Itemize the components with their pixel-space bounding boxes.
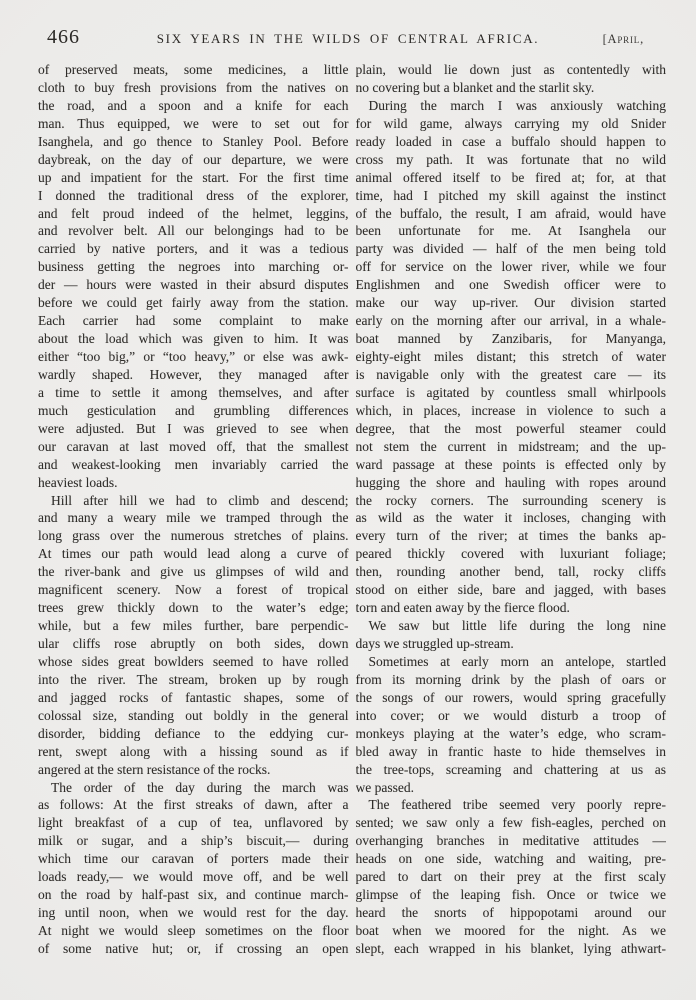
text-line: of preserved meats, some medicines, a li… (38, 61, 349, 79)
book-page: 466 SIX YEARS IN THE WILDS OF CENTRAL AF… (0, 0, 696, 1000)
text-line: the tree-tops, screaming and chattering … (356, 761, 667, 779)
text-line: At times our path would lead along a cur… (38, 545, 349, 563)
text-line: boat when we moored for the night. As we (356, 922, 667, 940)
text-line: heads on one side, watching and waiting,… (356, 850, 667, 868)
text-line: animal offered itself to be fired at; fo… (356, 169, 667, 187)
text-line: and weakest-looking men invariably carri… (38, 456, 349, 474)
text-line: and many a weary mile we tramped through… (38, 509, 349, 527)
text-line: ular cliffs rose abruptly on both sides,… (38, 635, 349, 653)
text-line: magnificent scenery. Now a forest of tro… (38, 581, 349, 599)
text-line: bled away in frantic haste to hide thems… (356, 743, 667, 761)
text-line: which, in places, increase in violence t… (356, 402, 667, 420)
text-line: our caravan at last moved off, that the … (38, 438, 349, 456)
text-line: light breakfast of a cup of tea, unflavo… (38, 814, 349, 832)
text-line: the river-bank and give us glimpses of w… (38, 563, 349, 581)
text-line: pared to dart on their prey at the first… (356, 868, 667, 886)
text-line: of some native hut; or, if crossing an o… (38, 940, 349, 958)
text-line: whose sides great bowlders seemed to hav… (38, 653, 349, 671)
text-line: milk or sugar, and a ship’s biscuit,— du… (38, 832, 349, 850)
text-line: The feathered tribe seemed very poorly r… (356, 796, 667, 814)
text-line: we passed. (356, 779, 667, 797)
text-columns: of preserved meats, some medicines, a li… (38, 61, 666, 958)
text-line: then, rounding another bend, tall, rocky… (356, 563, 667, 581)
text-line: torn and eaten away by the fierce flood. (356, 599, 667, 617)
text-line: long grass over the numerous stretches o… (38, 527, 349, 545)
text-line: loads ready,— we would move off, and be … (38, 868, 349, 886)
text-line: no covering but a blanket and the starli… (356, 79, 667, 97)
text-line: while, but a few miles further, bare per… (38, 617, 349, 635)
text-line: daybreak, on the day of our departure, w… (38, 151, 349, 169)
text-line: ward passage at these points is effected… (356, 456, 667, 474)
text-line: which time our caravan of porters made t… (38, 850, 349, 868)
text-line: time, had I pitched my skill against the… (356, 187, 667, 205)
text-line: plain, would lie down just as contentedl… (356, 61, 667, 79)
text-line: sented; we saw only a few fish-eagles, p… (356, 814, 667, 832)
text-line: At night we would sleep sometimes on the… (38, 922, 349, 940)
text-line: Hill after hill we had to climb and desc… (38, 492, 349, 510)
text-line: Each carrier had some complaint to make (38, 312, 349, 330)
text-line: the songs of our rowers, would spring gr… (356, 689, 667, 707)
text-line: were adjusted. But I was grieved to see … (38, 420, 349, 438)
header-date-label: [April, (603, 32, 644, 47)
text-line: stood on either side, bare and jagged, w… (356, 581, 667, 599)
text-line: days we struggled up-stream. (356, 635, 667, 653)
text-line: as follows: At the first streaks of dawn… (38, 796, 349, 814)
text-line: ready loaded in case a buffalo should ha… (356, 133, 667, 151)
text-line: glimpse of the leaping fish. Once or twi… (356, 886, 667, 904)
text-line: Isanghela, and go thence to Stanley Pool… (38, 133, 349, 151)
text-line: surface is agitated by countless small w… (356, 384, 667, 402)
text-line: for wild game, always carrying my old Sn… (356, 115, 667, 133)
text-line: early on the morning after our arrival, … (356, 312, 667, 330)
text-line: not stem the current in midstream; and t… (356, 438, 667, 456)
text-line: Englishmen and one Swedish officer were … (356, 276, 667, 294)
text-line: into the river. The stream, broken up by… (38, 671, 349, 689)
text-line: and felt proud indeed of the helmet, leg… (38, 205, 349, 223)
text-line: boat manned by Zanzibaris, for Manyanga, (356, 330, 667, 348)
left-column: of preserved meats, some medicines, a li… (38, 61, 349, 958)
text-line: ing until noon, when we would rest for t… (38, 904, 349, 922)
text-line: eighty-eight miles distant; this stretch… (356, 348, 667, 366)
text-line: a time to settle it among themselves, an… (38, 384, 349, 402)
text-line: Sometimes at early morn an antelope, sta… (356, 653, 667, 671)
text-line: and jagged rocks of fantastic shapes, so… (38, 689, 349, 707)
text-line: hugging the shore and hauling with ropes… (356, 474, 667, 492)
text-line: the road, and a spoon and a knife for ea… (38, 97, 349, 115)
text-line: every turn of the river; at times the ba… (356, 527, 667, 545)
text-line: off for service on the lower river, whil… (356, 258, 667, 276)
text-line: up and impatient for the start. For the … (38, 169, 349, 187)
text-line: monkeys playing at the water’s edge, who… (356, 725, 667, 743)
text-line: been unfortunate for me. At Isanghela ou… (356, 222, 667, 240)
text-line: degree, that the most powerful steamer c… (356, 420, 667, 438)
text-line: is navigable only with the greatest care… (356, 366, 667, 384)
text-line: trees grew thickly down to the water’s e… (38, 599, 349, 617)
text-line: peared thickly covered with luxuriant fo… (356, 545, 667, 563)
text-line: rent, swept along with a hissing sound a… (38, 743, 349, 761)
text-line: disorder, bidding defiance to the eddyin… (38, 725, 349, 743)
text-line: The order of the day during the march wa… (38, 779, 349, 797)
text-line: much gesticulation and grumbling differe… (38, 402, 349, 420)
text-line: about the load which was given to him. I… (38, 330, 349, 348)
text-line: either “too big,” or “too heavy,” or els… (38, 348, 349, 366)
text-line: During the march I was anxiously watchin… (356, 97, 667, 115)
text-line: the rocky corners. The surrounding scene… (356, 492, 667, 510)
running-title: SIX YEARS IN THE WILDS OF CENTRAL AFRICA… (0, 31, 696, 47)
text-line: I donned the traditional dress of the ex… (38, 187, 349, 205)
text-line: We saw but little life during the long n… (356, 617, 667, 635)
text-line: business getting the negroes into marchi… (38, 258, 349, 276)
right-column: plain, would lie down just as contentedl… (356, 61, 667, 958)
text-line: cloth to buy fresh provisions from the n… (38, 79, 349, 97)
text-line: into cover; or we would disturb a troop … (356, 707, 667, 725)
text-line: from its morning drink by the plash of o… (356, 671, 667, 689)
text-line: heard the snorts of hippopotami around o… (356, 904, 667, 922)
text-line: before we could get fairly away from the… (38, 294, 349, 312)
text-line: on the road by half-past six, and contin… (38, 886, 349, 904)
text-line: of the buffalo, the result, I am afraid,… (356, 205, 667, 223)
text-line: and revolver belt. All our belongings ha… (38, 222, 349, 240)
text-line: overhanging branches in meditative attit… (356, 832, 667, 850)
text-line: carried by native porters, and it was a … (38, 240, 349, 258)
text-line: der — hours were wasted in their absurd … (38, 276, 349, 294)
page-header: 466 SIX YEARS IN THE WILDS OF CENTRAL AF… (0, 26, 696, 50)
text-line: man. Thus equipped, we were to set out f… (38, 115, 349, 133)
text-line: party was divided — half of the men bein… (356, 240, 667, 258)
text-line: cross my path. It was fortunate that no … (356, 151, 667, 169)
text-line: wardly shaped. However, they managed aft… (38, 366, 349, 384)
text-line: heaviest loads. (38, 474, 349, 492)
text-line: make our way up-river. Our division star… (356, 294, 667, 312)
text-line: colossal size, standing out boldly in th… (38, 707, 349, 725)
text-line: as wild as the water it incloses, changi… (356, 509, 667, 527)
text-line: slept, each wrapped in his blanket, lyin… (356, 940, 667, 958)
text-line: angered at the stern resistance of the r… (38, 761, 349, 779)
